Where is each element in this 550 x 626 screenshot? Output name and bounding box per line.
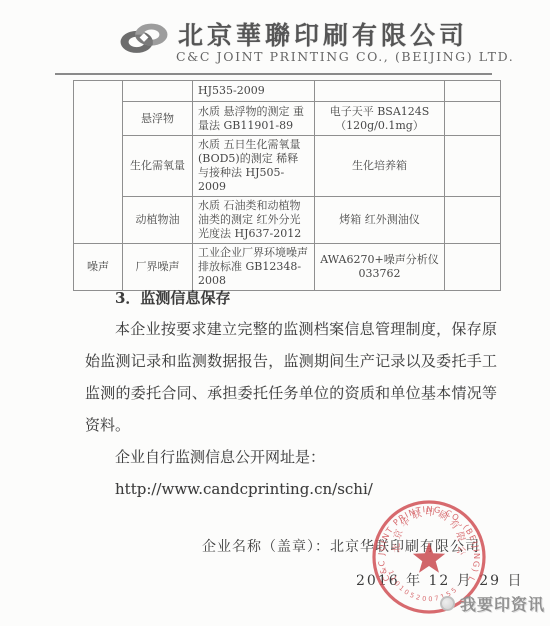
method-cell: 水质 五日生化需氧量(BOD5)的测定 稀释 与接种法 HJ505-2009 [193, 136, 315, 197]
note-cell [445, 197, 501, 244]
section-paragraph: 本企业按要求建立完整的监测档案信息管理制度，保存原始监测记录和监测数据报告，监测… [85, 313, 497, 441]
monitoring-items-table: HJ535-2009 悬浮物 水质 悬浮物的测定 重量法 GB11901-89 … [73, 80, 501, 291]
method-cell: 水质 石油类和动植物油类的测定 红外分光 光度法 HJ637-2012 [193, 197, 315, 244]
scanned-document-page: 北京華聯印刷有限公司 C&C JOINT PRINTING CO., (BEIJ… [0, 0, 550, 626]
table-row: HJ535-2009 [74, 81, 501, 102]
disclosure-url: http://www.candcprinting.cn/schi/ [85, 473, 497, 505]
watermark-text: 我要印资讯 [460, 592, 545, 615]
header-company-name-cn: 北京華聯印刷有限公司 [178, 16, 490, 52]
equipment-cell: 烤箱 红外测油仪 [315, 197, 445, 244]
company-logo-icon [116, 17, 172, 61]
equipment-cell: 生化培养箱 [315, 136, 445, 197]
header-divider [55, 73, 492, 75]
watermark-logo-icon [440, 596, 455, 611]
item-cell: 悬浮物 [123, 102, 193, 136]
watermark: 我要印资讯 [440, 592, 545, 615]
disclosure-url-label: 企业自行监测信息公开网址是： [85, 441, 497, 473]
equipment-cell [315, 81, 445, 102]
table-row: 噪声 厂界噪声 工业企业厂界环境噪声排放标准 GB12348-2008 AWA6… [74, 244, 501, 291]
item-cell: 生化需氧量 [123, 136, 193, 197]
note-cell [445, 244, 501, 291]
company-name-line: 企业名称（盖章）：北京华联印刷有限公司 [0, 536, 550, 558]
note-cell [445, 136, 501, 197]
method-cell: 工业企业厂界环境噪声排放标准 GB12348-2008 [193, 244, 315, 291]
table-row: 悬浮物 水质 悬浮物的测定 重量法 GB11901-89 电子天平 BSA124… [74, 102, 501, 136]
table-row: 生化需氧量 水质 五日生化需氧量(BOD5)的测定 稀释 与接种法 HJ505-… [74, 136, 501, 197]
table-row: 动植物油 水质 石油类和动植物油类的测定 红外分光 光度法 HJ637-2012… [74, 197, 501, 244]
section-heading: 3．监测信息保存 [85, 286, 497, 310]
note-cell [445, 81, 501, 102]
category-cell: 噪声 [74, 244, 123, 291]
equipment-cell: AWA6270+噪声分析仪 033762 [315, 244, 445, 291]
equipment-cell: 电子天平 BSA124S （120g/0.1mg） [315, 102, 445, 136]
method-cell: HJ535-2009 [193, 81, 315, 102]
item-cell: 动植物油 [123, 197, 193, 244]
header-company-name-en: C&C JOINT PRINTING CO., (BEIJING) LTD. [176, 49, 476, 64]
item-cell: 厂界噪声 [123, 244, 193, 291]
date-line: 2016 年 12 月 29 日 [0, 570, 550, 592]
section-monitoring-info: 3．监测信息保存 本企业按要求建立完整的监测档案信息管理制度，保存原始监测记录和… [85, 286, 497, 505]
note-cell [445, 102, 501, 136]
category-cell [74, 81, 123, 244]
method-cell: 水质 悬浮物的测定 重量法 GB11901-89 [193, 102, 315, 136]
signature-block: 企业名称（盖章）：北京华联印刷有限公司 2016 年 12 月 29 日 [0, 536, 550, 592]
item-cell [123, 81, 193, 102]
